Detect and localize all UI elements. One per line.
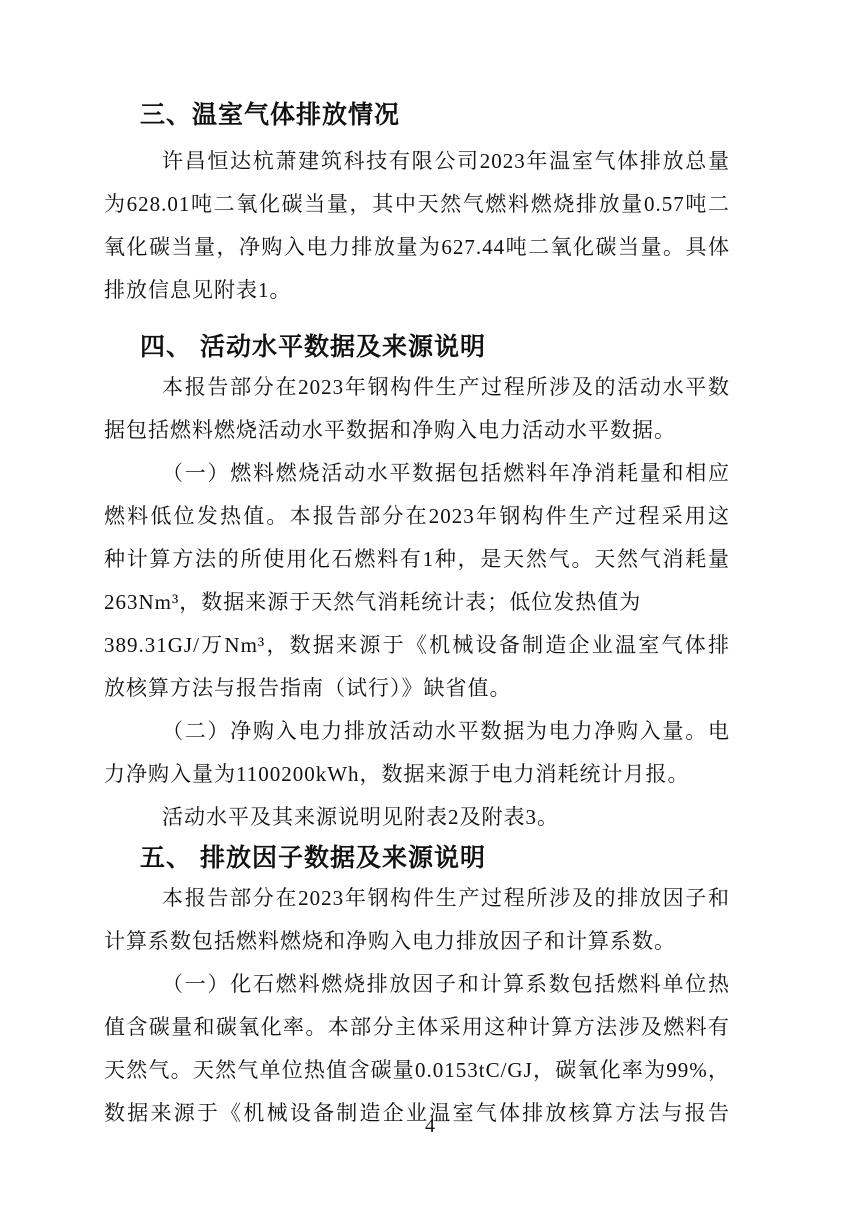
body-line: （一）燃料燃烧活动水平数据包括燃料年净消耗量和相应	[104, 452, 730, 495]
paragraph: 活动水平及其来源说明见附表2及附表3。	[104, 796, 730, 839]
paragraph: （一）燃料燃烧活动水平数据包括燃料年净消耗量和相应 燃料低位发热值。本报告部分在…	[104, 452, 730, 710]
body-line: 天然气。天然气单位热值含碳量0.0153tC/GJ，碳氧化率为99%，	[104, 1049, 730, 1092]
body-line: 本报告部分在2023年钢构件生产过程所涉及的排放因子和	[104, 877, 730, 920]
section-heading-5: 五、 排放因子数据及来源说明	[104, 839, 730, 877]
section-heading-3: 三、温室气体排放情况	[104, 96, 730, 134]
body-line: 活动水平及其来源说明见附表2及附表3。	[104, 796, 730, 839]
paragraph: 本报告部分在2023年钢构件生产过程所涉及的排放因子和 计算系数包括燃料燃烧和净…	[104, 877, 730, 963]
paragraph: （二）净购入电力排放活动水平数据为电力净购入量。电 力净购入量为1100200k…	[104, 710, 730, 796]
body-line: （二）净购入电力排放活动水平数据为电力净购入量。电	[104, 710, 730, 753]
body-line: 氧化碳当量，净购入电力排放量为627.44吨二氧化碳当量。具体	[104, 226, 730, 269]
page-number: 4	[0, 1112, 860, 1140]
body-line: 据包括燃料燃烧活动水平数据和净购入电力活动水平数据。	[104, 409, 730, 452]
body-line: （一）化石燃料燃烧排放因子和计算系数包括燃料单位热	[104, 963, 730, 1006]
body-line: 放核算方法与报告指南（试行）》缺省值。	[104, 667, 730, 710]
section-heading-4: 四、 活动水平数据及来源说明	[104, 328, 730, 366]
body-line: 许昌恒达杭萧建筑科技有限公司2023年温室气体排放总量	[104, 140, 730, 183]
body-line: 263Nm³，数据来源于天然气消耗统计表；低位发热值为	[104, 581, 730, 624]
body-line: 燃料低位发热值。本报告部分在2023年钢构件生产过程采用这	[104, 495, 730, 538]
body-line: 本报告部分在2023年钢构件生产过程所涉及的活动水平数	[104, 366, 730, 409]
body-line: 种计算方法的所使用化石燃料有1种，是天然气。天然气消耗量	[104, 538, 730, 581]
body-line: 计算系数包括燃料燃烧和净购入电力排放因子和计算系数。	[104, 920, 730, 963]
paragraph: （一）化石燃料燃烧排放因子和计算系数包括燃料单位热 值含碳量和碳氧化率。本部分主…	[104, 963, 730, 1135]
body-line: 值含碳量和碳氧化率。本部分主体采用这种计算方法涉及燃料有	[104, 1006, 730, 1049]
body-line: 排放信息见附表1。	[104, 269, 730, 312]
document-page: 三、温室气体排放情况 许昌恒达杭萧建筑科技有限公司2023年温室气体排放总量 为…	[0, 0, 860, 1216]
paragraph: 本报告部分在2023年钢构件生产过程所涉及的活动水平数 据包括燃料燃烧活动水平数…	[104, 366, 730, 452]
body-line: 为628.01吨二氧化碳当量，其中天然气燃料燃烧排放量0.57吨二	[104, 183, 730, 226]
paragraph: 许昌恒达杭萧建筑科技有限公司2023年温室气体排放总量 为628.01吨二氧化碳…	[104, 140, 730, 312]
body-line: 389.31GJ/万Nm³，数据来源于《机械设备制造企业温室气体排	[104, 624, 730, 667]
body-line: 力净购入量为1100200kWh，数据来源于电力消耗统计月报。	[104, 753, 730, 796]
